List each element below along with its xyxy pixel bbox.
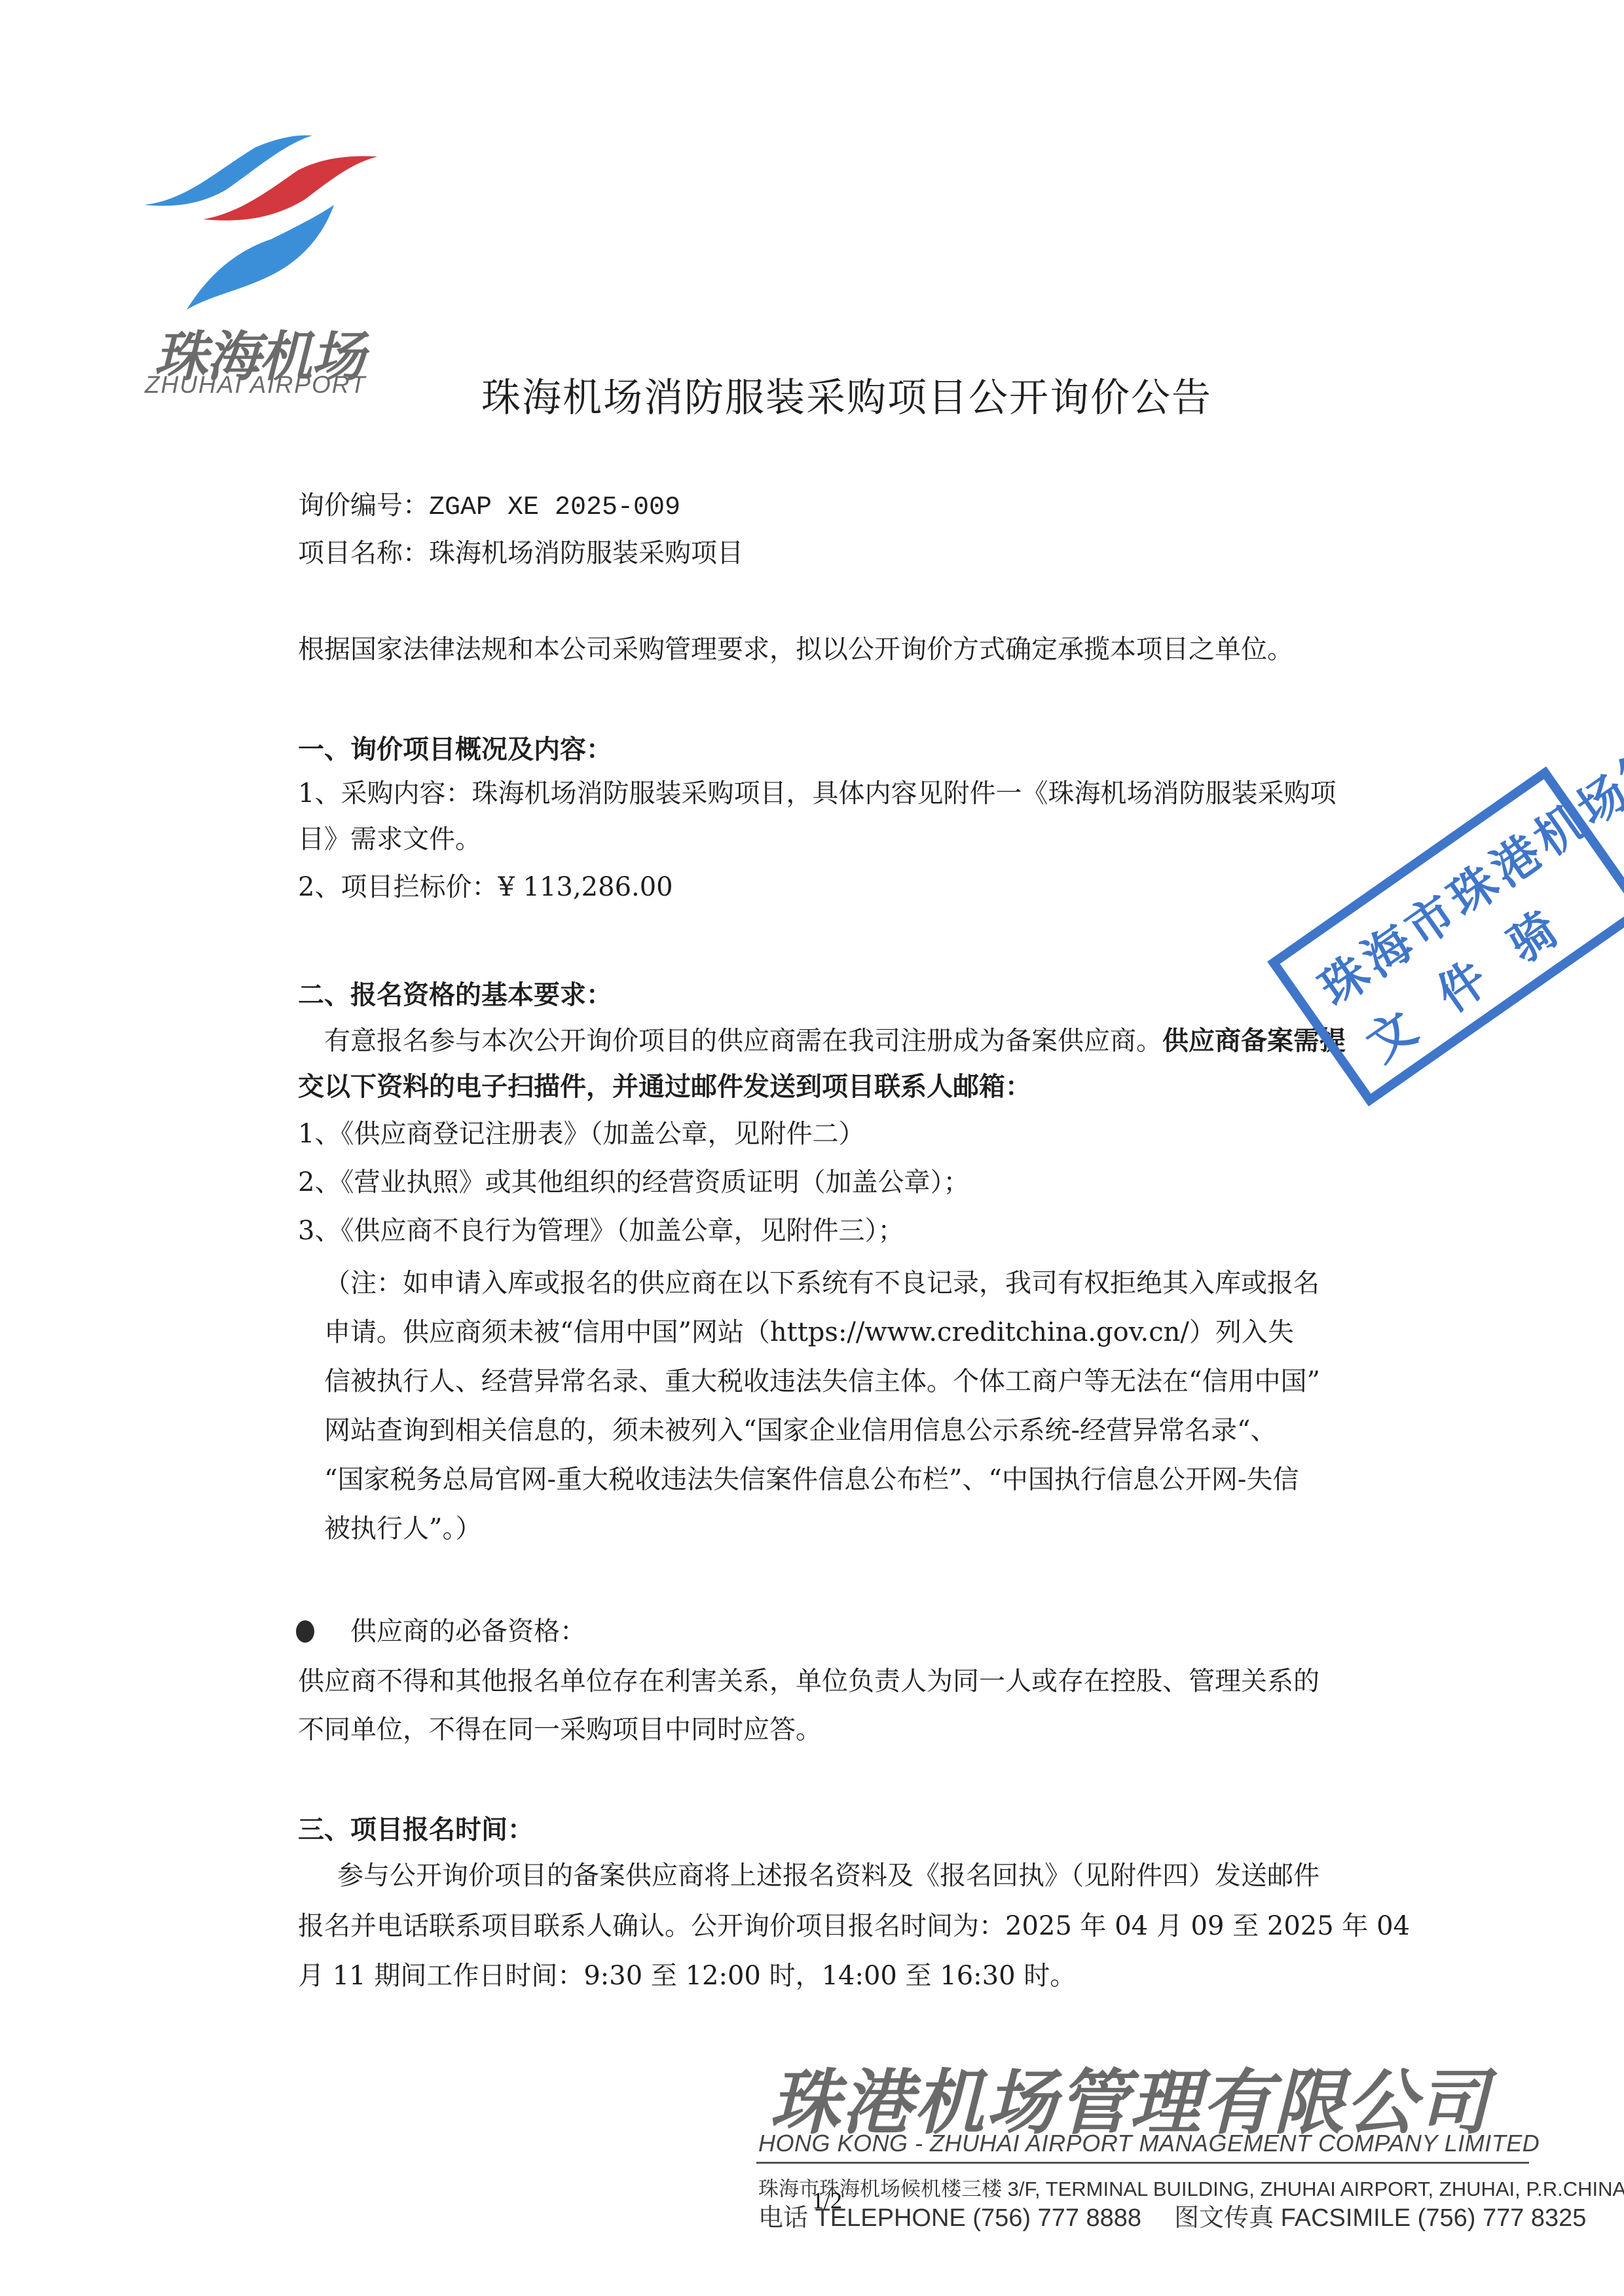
note-line-2: 申请。供应商须未被“信用中国”网站（https://www.creditchin… — [324, 1319, 1294, 1345]
section2-heading: 二、报名资格的基本要求： — [298, 982, 612, 1008]
section2-para-line1: 有意报名参与本次公开询价项目的供应商需在我司注册成为备案供应商。供应商备案需提 — [324, 1028, 1346, 1054]
note-line-5: “国家税务总局官网-重大税收违法失信案件信息公布栏”、“中国执行信息公开网-失信 — [324, 1467, 1299, 1493]
note-line-6: 被执行人”。） — [324, 1516, 481, 1542]
logo-wings-icon — [141, 134, 377, 311]
section2-para-normal: 有意报名参与本次公开询价项目的供应商需在我司注册成为备案供应商。 — [324, 1026, 1162, 1056]
requirement-item-2: 2、《营业执照》或其他组织的经营资质证明（加盖公章）； — [298, 1169, 969, 1195]
section2-para-line2: 交以下资料的电子扫描件，并通过邮件发送到项目联系人邮箱： — [298, 1074, 1031, 1100]
footer-divider — [756, 2162, 1529, 2164]
footer-company-name-en: HONG KONG - ZHUHAI AIRPORT MANAGEMENT CO… — [758, 2130, 1540, 2157]
note-line-1: （注：如申请入库或报名的供应商在以下系统有不良记录，我司有权拒绝其入库或报名 — [324, 1270, 1319, 1296]
footer-contact: 电话 TELEPHONE (756) 777 8888图文传真 FACSIMIL… — [758, 2197, 1586, 2233]
note-line-4: 网站查询到相关信息的，须未被列入“国家企业信用信息公示系统-经营异常名录“、 — [324, 1417, 1276, 1444]
bullet-line-1: 供应商不得和其他报名单位存在利害关系，单位负责人为同一人或存在控股、管理关系的 — [298, 1668, 1319, 1694]
bullet-line-2: 不同单位，不得在同一采购项目中同时应答。 — [298, 1717, 822, 1743]
logo-english-text: ZHUHAI AIRPORT — [145, 371, 366, 399]
document-title: 珠海机场消防服装采购项目公开询价公告 — [481, 367, 1212, 423]
intro-paragraph: 根据国家法律法规和本公司采购管理要求，拟以公开询价方式确定承揽本项目之单位。 — [298, 636, 1293, 663]
section1-item2-price: 2、项目拦标价：¥ 113,286.00 — [298, 874, 673, 900]
inquiry-number-row: 询价编号：ZGAP XE 2025-009 — [298, 492, 680, 521]
section3-line-1: 参与公开询价项目的备案供应商将上述报名资料及《报名回执》（见附件四）发送邮件 — [337, 1863, 1319, 1889]
requirement-item-3: 3、《供应商不良行为管理》（加盖公章，见附件三）； — [298, 1218, 904, 1244]
project-name-label: 项目名称： — [298, 538, 429, 568]
inquiry-number-label: 询价编号： — [298, 490, 429, 520]
section1-item1-line2: 目》需求文件。 — [298, 826, 481, 852]
project-name-row: 项目名称：珠海机场消防服装采购项目 — [298, 540, 743, 566]
section1-heading: 一、询价项目概况及内容： — [298, 737, 612, 763]
section3-line-3: 月 11 期间工作日时间：9:30 至 12:00 时，14:00 至 16:3… — [298, 1963, 1076, 1989]
bullet-icon — [296, 1620, 314, 1643]
project-name-value: 珠海机场消防服装采购项目 — [429, 538, 743, 568]
page-number: 1/2 — [812, 2187, 842, 2214]
note-line-3: 信被执行人、经营异常名录、重大税收违法失信主体。个体工商户等无法在“信用中国” — [324, 1368, 1320, 1394]
zhuhai-airport-logo: 珠海机场 ZHUHAI AIRPORT — [141, 134, 377, 396]
inquiry-number-value: ZGAP XE 2025-009 — [429, 493, 680, 522]
bullet-heading: 供应商的必备资格： — [350, 1618, 586, 1645]
section3-heading: 三、项目报名时间： — [298, 1817, 534, 1843]
section1-item1-line1: 1、采购内容：珠海机场消防服装采购项目，具体内容见附件一《珠海机场消防服装采购项 — [298, 780, 1336, 807]
requirement-item-1: 1、《供应商登记注册表》（加盖公章，见附件二） — [298, 1121, 864, 1147]
footer-facsimile: 图文传真 FACSIMILE (756) 777 8325 — [1174, 2204, 1586, 2232]
section3-line-2: 报名并电话联系项目联系人确认。公开询价项目报名时间为：2025 年 04 月 0… — [298, 1913, 1410, 1939]
